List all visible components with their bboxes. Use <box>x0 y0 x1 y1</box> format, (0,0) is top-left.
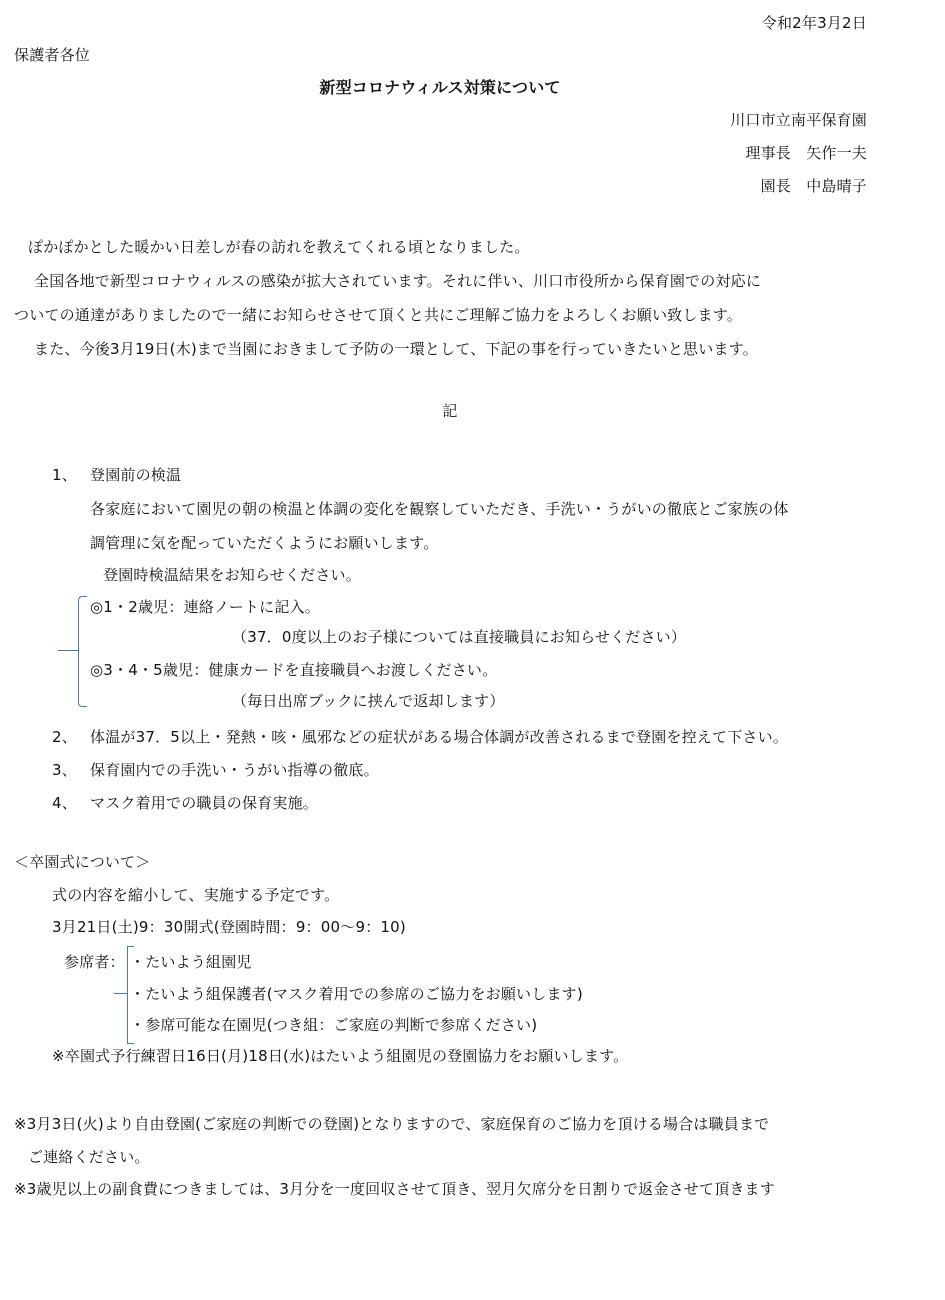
sub-item-label: ◎1・2歳児：連絡ノートに記入。 <box>90 600 320 615</box>
rehearsal-note: ※卒園式予行練習日16日(月)18日(水)はたいよう組園児の登園協力をお願いしま… <box>52 1049 628 1064</box>
attendee-item: ・たいよう組保護者(マスク着用での参席のご協力をお願いします) <box>130 987 583 1002</box>
intro-line: また、今後3月19日(木)まで当園におきまして予防の一環として、下記の事を行って… <box>34 342 758 357</box>
note-line: ※3月3日(火)より自由登園(ご家庭の判断での登園)となりますので、家庭保育のご… <box>14 1117 769 1132</box>
attendee-item: ・たいよう組園児 <box>130 955 252 970</box>
graduation-line: 式の内容を縮小して、実施する予定です。 <box>52 888 339 903</box>
brace-tick <box>58 650 78 651</box>
item-body: 調管理に気を配っていただくようにお願いします。 <box>90 536 438 551</box>
brace-bottom <box>78 651 87 707</box>
document-title: 新型コロナウィルス対策について <box>0 80 880 96</box>
note-line: ※3歳児以上の副食費につきましては、3月分を一度回収させて頂き、翌月欠席分を日割… <box>14 1182 775 1197</box>
graduation-schedule: 3月21日(土)9：30開式(登園時間：9：00～9：10) <box>52 920 406 935</box>
recipient: 保護者各位 <box>14 48 90 63</box>
sub-item-note: （毎日出席ブックに挟んで返却します） <box>232 694 505 709</box>
brace-tick <box>114 993 127 994</box>
sender-organization: 川口市立南平保育園 <box>730 113 867 128</box>
graduation-heading: ＜卒園式について＞ <box>14 855 151 870</box>
item-body: 登園時検温結果をお知らせください。 <box>103 568 361 583</box>
intro-line: ついての通達がありましたので一緒にお知らせさせて頂くと共にご理解ご協力をよろしく… <box>14 308 742 323</box>
sub-item-label: ◎3・4・5歳児：健康カードを直接職員へお渡しください。 <box>90 663 497 678</box>
ki-marker: 記 <box>0 404 900 419</box>
item-number: 3、 <box>52 763 77 778</box>
intro-line: 全国各地で新型コロナウィルスの感染が拡大されています。それに伴い、川口市役所から… <box>34 274 761 289</box>
sub-item-note: （37．0度以上のお子様については直接職員にお知らせください） <box>232 630 686 645</box>
item-number: 1、 <box>52 468 77 483</box>
document-date: 令和2年3月2日 <box>762 16 867 31</box>
item-title: 体温が37．5以上・発熱・咳・風邪などの症状がある場合体調が改善されるまで登園を… <box>90 730 788 745</box>
attendee-item: ・参席可能な在園児(つき組：ご家庭の判断で参席ください) <box>130 1018 537 1033</box>
item-body: 各家庭において園児の朝の検温と体調の変化を観察していただき、手洗い・うがいの徹底… <box>90 502 789 517</box>
note-line: ご連絡ください。 <box>28 1150 150 1165</box>
sender-director: 園長 中島晴子 <box>761 179 867 194</box>
intro-line: ぽかぽかとした暖かい日差しが春の訪れを教えてくれる頃となりました。 <box>28 240 530 255</box>
item-title: 保育園内での手洗い・うがい指導の徹底。 <box>90 763 379 778</box>
item-number: 2、 <box>52 730 77 745</box>
item-title: マスク着用での職員の保育実施。 <box>90 796 318 811</box>
attendees-label: 参席者： <box>64 955 125 970</box>
brace-top <box>78 596 87 652</box>
item-number: 4、 <box>52 796 77 811</box>
item-title: 登園前の検温 <box>90 468 181 483</box>
sender-chairman: 理事長 矢作一夫 <box>745 146 867 161</box>
